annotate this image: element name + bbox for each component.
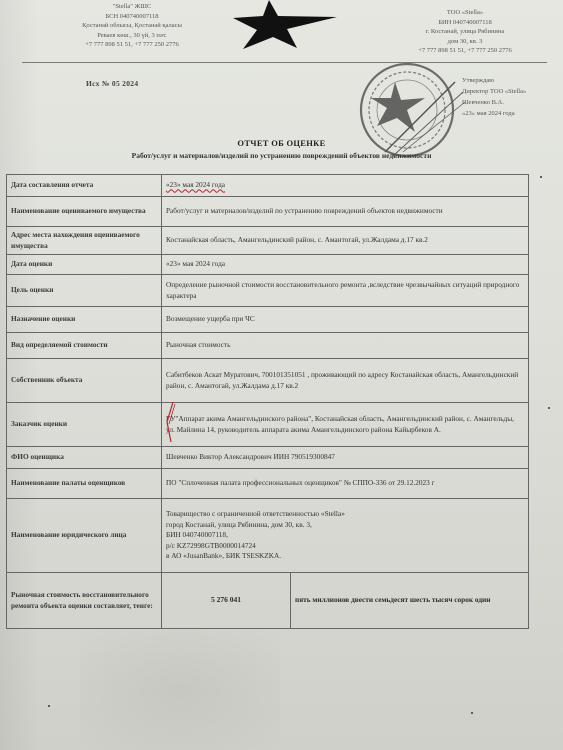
row-label: Наименование палаты оценщиков <box>7 469 162 499</box>
row-label: ФИО оценщика <box>7 447 162 469</box>
total-label: Рыночная стоимость восстановительного ре… <box>7 573 162 629</box>
table-row: Наименование оцениваемого имущества Рабо… <box>7 197 529 227</box>
row-label: Адрес места нахождения оцениваемого имущ… <box>7 227 162 255</box>
row-value: Шевченко Виктор Александрович ИИН 790519… <box>162 447 529 469</box>
row-label: Дата составления отчета <box>7 175 162 197</box>
table-row-total: Рыночная стоимость восстановительного ре… <box>7 573 529 629</box>
letterhead-line: г. Костанай, улица Рябинина <box>390 27 540 37</box>
row-value: «23» мая 2024 года <box>162 255 529 275</box>
row-label: Назначение оценки <box>7 307 162 333</box>
row-label: Собственник объекта <box>7 359 162 403</box>
row-value: «23» мая 2024 года <box>162 175 529 197</box>
speck <box>48 705 50 707</box>
table-row: Адрес места нахождения оцениваемого имущ… <box>7 227 529 255</box>
table-row: Заказчик оценки ГУ"Аппарат акима Амангел… <box>7 403 529 447</box>
row-value: ПО "Сплоченная палата профессиональных о… <box>162 469 529 499</box>
table-row: Собственник объекта Сабитбеков Аскат Мур… <box>7 359 529 403</box>
report-table: Дата составления отчета «23» мая 2024 го… <box>6 174 529 629</box>
speck <box>548 407 550 409</box>
row-value: Определение рыночной стоимости восстанов… <box>162 275 529 307</box>
letterhead-line: "Stella" ЖШС <box>52 2 212 12</box>
letterhead-line: +7 777 898 51 51, +7 777 250 2776 <box>52 40 212 50</box>
row-label: Цель оценки <box>7 275 162 307</box>
approval-line: Директор ТОО «Stella» <box>462 86 526 97</box>
legal-entity-line: Товарищество с ограниченной ответственно… <box>166 509 524 520</box>
report-date-value: «23» мая 2024 года <box>166 180 225 189</box>
letterhead-line: ТОО «Stella» <box>390 8 540 18</box>
letterhead-line: БИН 040740007118 <box>390 18 540 28</box>
letterhead-line: Қостанай облысы, Қостанай қаласы <box>52 21 212 31</box>
row-label: Дата оценки <box>7 255 162 275</box>
report-subtitle: Работ/услуг и материалов/изделий по устр… <box>0 151 563 160</box>
approval-line: Шевченко В.А. <box>462 97 526 108</box>
letterhead-right: ТОО «Stella» БИН 040740007118 г. Костана… <box>390 8 540 56</box>
speck <box>540 176 542 178</box>
letterhead-divider <box>22 62 547 63</box>
row-label: Наименование оцениваемого имущества <box>7 197 162 227</box>
approval-line: «23» мая 2024 года <box>462 108 526 119</box>
approval-block: Утверждаю Директор ТОО «Stella» Шевченко… <box>462 75 526 119</box>
row-value: ГУ"Аппарат акима Амангельдинского района… <box>162 403 529 447</box>
red-pen-mark-icon <box>163 400 177 444</box>
outgoing-number: Исх № 05 2024 <box>86 79 138 88</box>
star-logo-icon <box>225 0 345 50</box>
table-row: Дата составления отчета «23» мая 2024 го… <box>7 175 529 197</box>
row-value: Возмещение ущерба при ЧС <box>162 307 529 333</box>
report-title: ОТЧЕТ ОБ ОЦЕНКЕ <box>0 138 563 148</box>
total-amount-words: пять миллионов двести семьдесят шесть ты… <box>291 573 529 629</box>
speck <box>471 712 473 714</box>
legal-entity-line: р/с KZ72998GTB0000014724 <box>166 541 524 552</box>
row-label: Наименование юридического лица <box>7 499 162 573</box>
row-value: Сабитбеков Аскат Муратович, 700101351051… <box>162 359 529 403</box>
table-row: ФИО оценщика Шевченко Виктор Александров… <box>7 447 529 469</box>
legal-entity-line: город Костанай, улица Рябинина, дом 30, … <box>166 520 524 531</box>
page-shadow <box>80 630 280 750</box>
row-label: Вид определяемой стоимости <box>7 333 162 359</box>
table-row: Назначение оценки Возмещение ущерба при … <box>7 307 529 333</box>
row-value: Работ/услуг и материалов/изделий по устр… <box>162 197 529 227</box>
row-value: Костанайская область, Амангельдинский ра… <box>162 227 529 255</box>
table-row: Цель оценки Определение рыночной стоимос… <box>7 275 529 307</box>
approval-line: Утверждаю <box>462 75 526 86</box>
table-row: Наименование палаты оценщиков ПО "Сплоче… <box>7 469 529 499</box>
letterhead-line: Реваев көш., 30 үй, 3 пәт. <box>52 31 212 41</box>
row-value: Товарищество с ограниченной ответственно… <box>162 499 529 573</box>
row-value: Рыночная стоимость <box>162 333 529 359</box>
letterhead-left: "Stella" ЖШС БСН 040740007118 Қостанай о… <box>52 2 212 50</box>
table-row: Вид определяемой стоимости Рыночная стои… <box>7 333 529 359</box>
row-label: Заказчик оценки <box>7 403 162 447</box>
letterhead-line: дом 30, кв. 3 <box>390 37 540 47</box>
table-row: Дата оценки «23» мая 2024 года <box>7 255 529 275</box>
table-row: Наименование юридического лица Товарищес… <box>7 499 529 573</box>
legal-entity-line: БИН 040740007118, <box>166 530 524 541</box>
total-amount: 5 276 041 <box>162 573 291 629</box>
legal-entity-line: в АО «JusanBank», БИК TSESKZKA. <box>166 551 524 562</box>
letterhead-line: БСН 040740007118 <box>52 12 212 22</box>
